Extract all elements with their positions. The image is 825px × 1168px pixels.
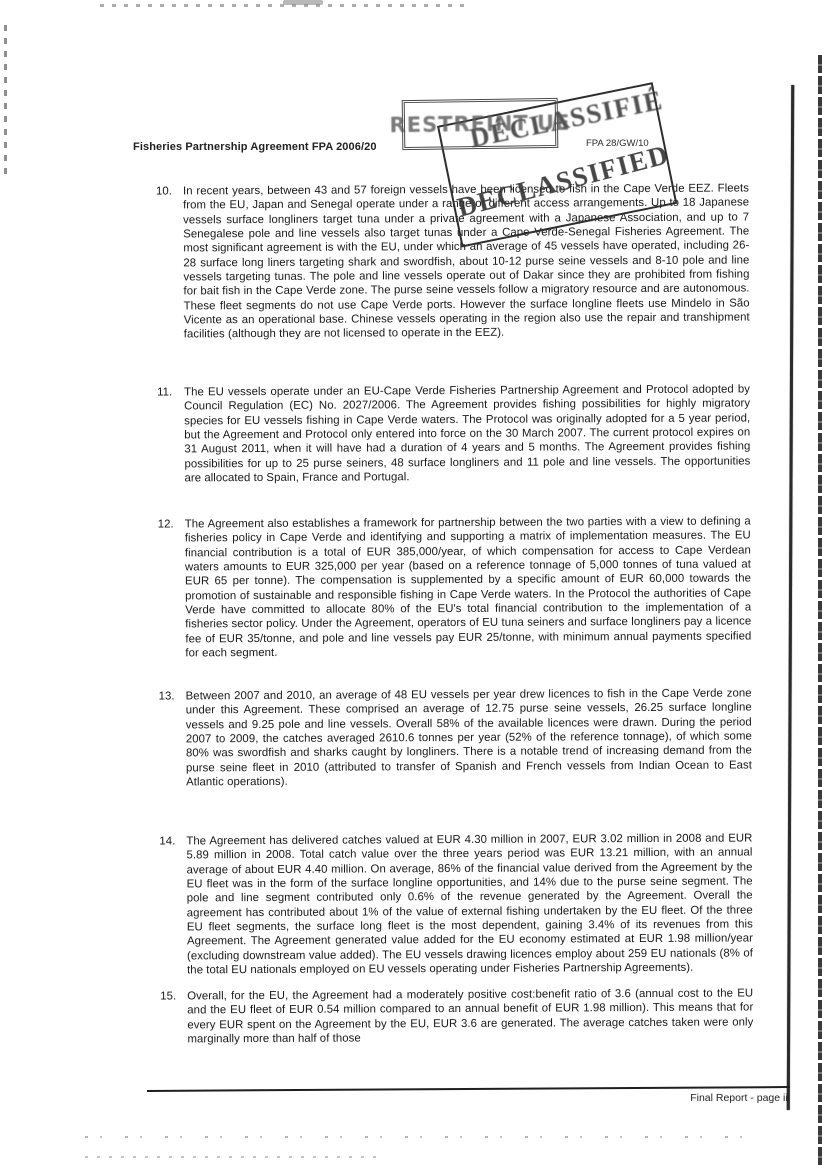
- paragraph-text: Between 2007 and 2010, an average of 48 …: [186, 687, 752, 788]
- scan-artifact-bottom-dots: [85, 1156, 385, 1158]
- scan-artifact-right-line: [787, 85, 794, 1110]
- paragraph-13: 13. Between 2007 and 2010, an average of…: [159, 686, 753, 790]
- paragraph-text: The Agreement has delivered catches valu…: [186, 832, 753, 976]
- paragraph-text: The EU vessels operate under an EU-Cape …: [184, 383, 750, 484]
- paragraph-text: Overall, for the EU, the Agreement had a…: [187, 987, 753, 1045]
- paragraph-number: 14.: [159, 834, 175, 848]
- scan-artifact-left-dashes: [4, 25, 7, 175]
- declassified-stamp-text: DECLASSIFIED: [454, 139, 672, 223]
- paragraph-number: 11.: [157, 385, 172, 399]
- scan-artifact-bottom-dots: [85, 1136, 765, 1138]
- paragraph-number: 12.: [158, 517, 174, 531]
- paragraph-11: 11. The EU vessels operate under an EU-C…: [157, 382, 751, 486]
- scanned-document-page: Fisheries Partnership Agreement FPA 2006…: [0, 0, 825, 1168]
- paragraph-12: 12. The Agreement also establishes a fra…: [158, 514, 752, 661]
- paragraph-text: The Agreement also establishes a framewo…: [185, 515, 752, 659]
- scan-artifact-smudge: [283, 0, 323, 5]
- restreint-ue-stamp-text: RESTREINT UE: [389, 111, 570, 138]
- document-header-title: Fisheries Partnership Agreement FPA 2006…: [133, 141, 377, 153]
- paragraph-number: 10.: [156, 184, 172, 198]
- paragraph-number: 15.: [160, 989, 176, 1003]
- paragraph-number: 13.: [159, 689, 175, 703]
- restreint-ue-stamp: RESTREINT UE: [402, 98, 559, 150]
- document-body: 10. In recent years, between 43 and 57 f…: [155, 0, 748, 2]
- footer-page-label: Final Report - page iii: [0, 1092, 790, 1104]
- paragraph-15: 15. Overall, for the EU, the Agreement h…: [160, 986, 753, 1046]
- scan-artifact-right-edge: [818, 55, 822, 1168]
- paragraph-14: 14. The Agreement has delivered catches …: [159, 831, 753, 978]
